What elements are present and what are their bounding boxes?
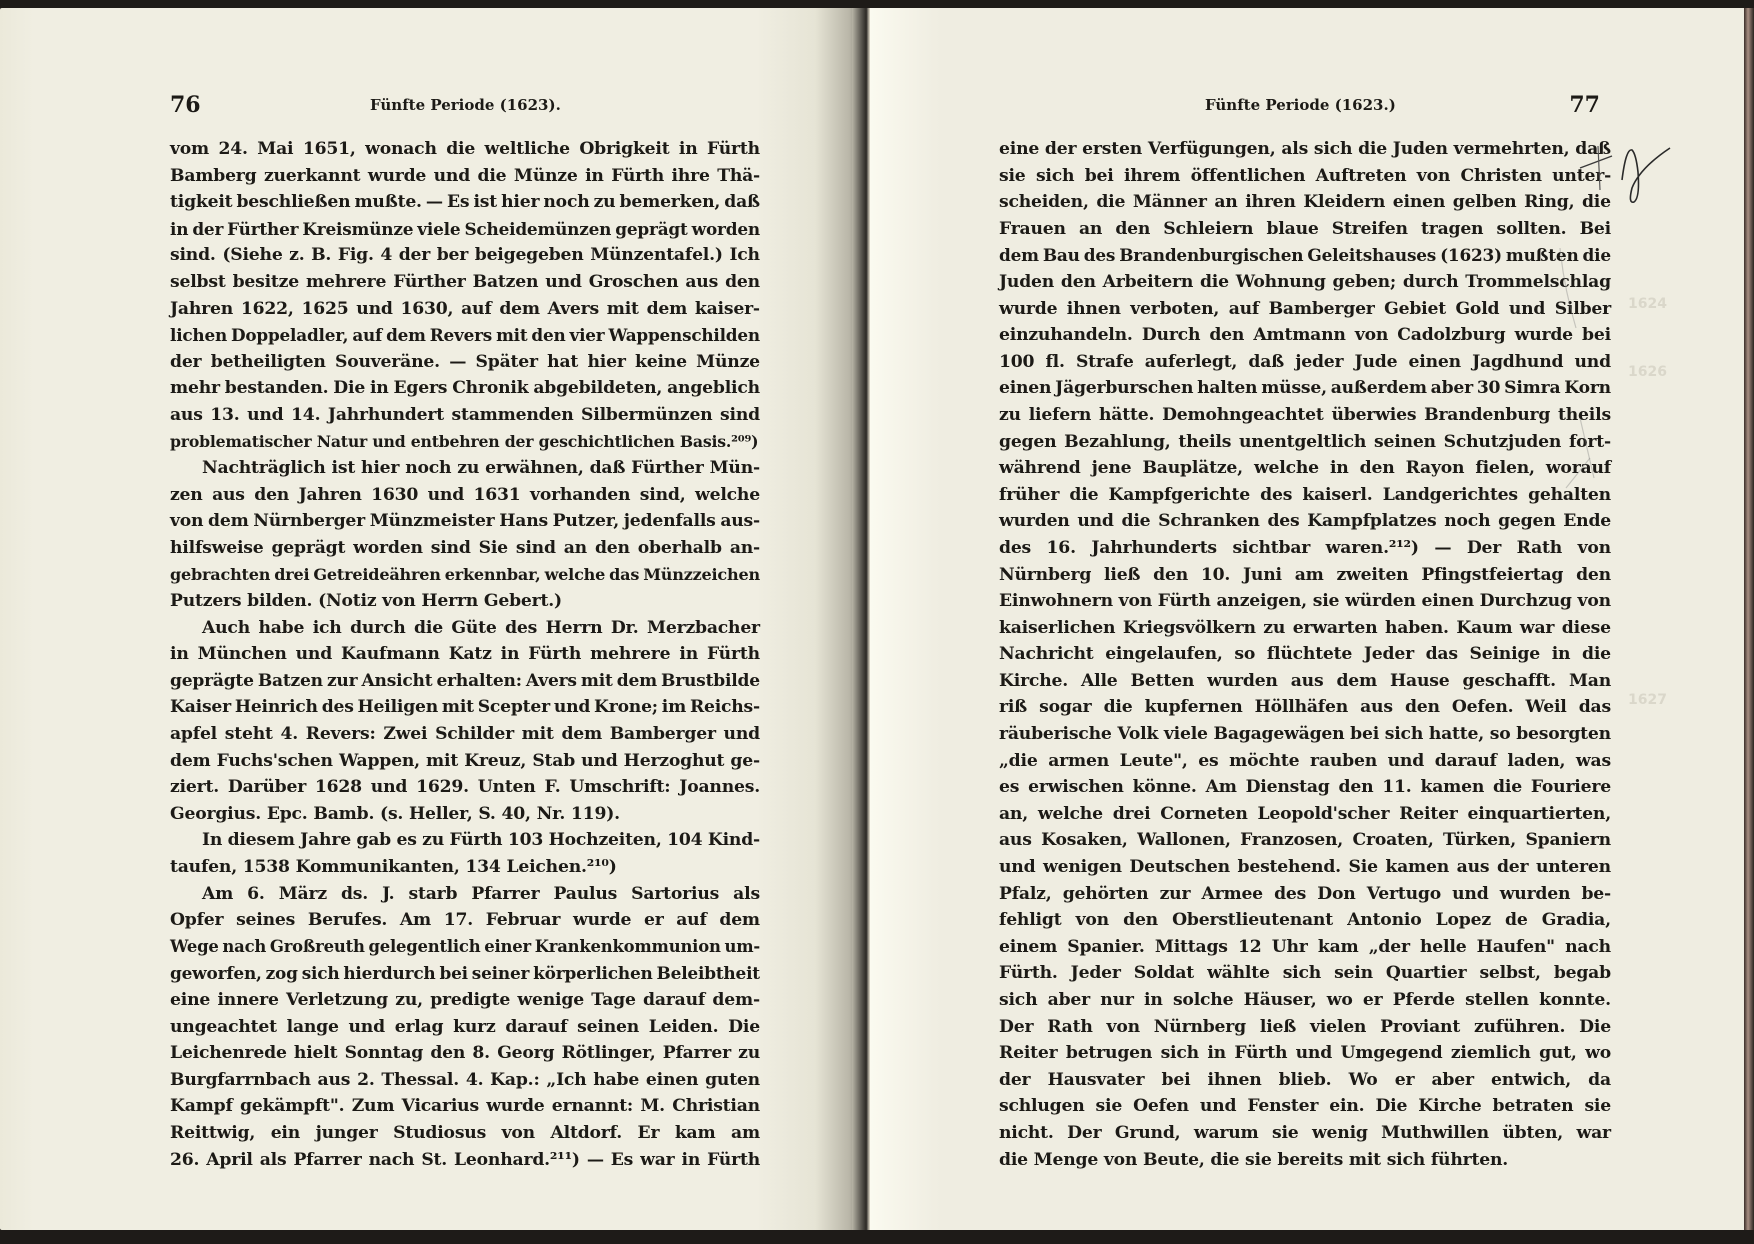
word: den: [430, 1040, 465, 1067]
word: Reiter: [1399, 801, 1457, 828]
word: dem: [208, 508, 249, 535]
word: wenig: [1312, 1120, 1368, 1147]
word: gelegentlich: [368, 934, 480, 961]
bleedthrough-number: 1624: [1628, 296, 1667, 312]
word: den: [1339, 774, 1374, 801]
word: von: [1119, 588, 1152, 615]
word: kaiserl.: [1302, 482, 1372, 509]
word: Quartier: [1386, 960, 1467, 987]
text-line: FrauenandenSchleiernblaueStreifentragens…: [999, 216, 1611, 243]
word: Batzen: [473, 269, 539, 296]
word: und: [371, 774, 407, 801]
word: Nürnberger: [253, 508, 365, 535]
word: Groschen: [589, 269, 679, 296]
word: und: [545, 269, 581, 296]
text-line: IndiesemJahregabeszuFürth103Hochzeiten,1…: [170, 827, 760, 854]
word: Jagdhund: [1472, 349, 1563, 376]
text-line: Jahren1622,1625und1630,aufdemAversmitdem…: [170, 296, 760, 323]
word: des: [1267, 508, 1299, 535]
word: an: [1214, 189, 1237, 216]
word: konnte.: [1539, 987, 1611, 1014]
word: daß: [1575, 136, 1611, 163]
word: Paulus: [554, 881, 618, 908]
word: den: [1360, 455, 1395, 482]
word: 104: [667, 827, 702, 854]
word: am: [1295, 562, 1324, 589]
word: worden: [353, 535, 423, 562]
word: aber: [1048, 987, 1090, 1014]
word: 26.: [170, 1147, 199, 1174]
word: übten,: [1502, 1120, 1563, 1147]
word: vorhanden: [530, 482, 630, 509]
word: Bagagewägen: [1214, 721, 1345, 748]
text-line: währendjeneBauplätze,welcheindenRayonfie…: [999, 455, 1611, 482]
word: in: [170, 216, 188, 243]
word: Man: [1569, 668, 1611, 695]
word: dem: [170, 748, 211, 775]
word: Güte: [451, 615, 496, 642]
word: des: [1084, 242, 1115, 269]
word: Reiter: [999, 1040, 1057, 1067]
word: sollten.: [1496, 216, 1566, 243]
text-line: fehligtvondenOberstlieutenantAntonioLope…: [999, 907, 1611, 934]
word: der: [1497, 854, 1528, 881]
word: be-: [1581, 881, 1611, 908]
word: 100: [999, 349, 1034, 376]
word: geschafft.: [1462, 668, 1555, 695]
text-line: OpferseinesBerufes.Am17.Februarwurdeerau…: [170, 907, 760, 934]
text-line: zuliefernhätte.DemohngeachtetüberwiesBra…: [999, 402, 1611, 429]
text-line: EinwohnernvonFürthanzeigen,siewürdeneine…: [999, 588, 1611, 615]
word: sind,: [640, 482, 686, 509]
word: 1651,: [303, 136, 356, 163]
word: Jahrhundert: [328, 402, 444, 429]
text-line: vondemNürnbergerMünzmeisterHansPutzer,je…: [170, 508, 760, 535]
word: könne.: [1133, 774, 1197, 801]
word: dem: [386, 322, 426, 349]
word: selbst: [170, 269, 226, 296]
word: Am: [1206, 774, 1237, 801]
word: und: [1509, 296, 1545, 323]
text-line: nicht.DerGrund,warumsiewenigMuthwillenüb…: [999, 1120, 1611, 1147]
text-segment: die Menge von Beute, die sie bereits mit…: [999, 1147, 1508, 1174]
word: Don: [1317, 881, 1355, 908]
word: und: [1452, 881, 1488, 908]
word: F.: [544, 774, 560, 801]
text-line: sind.(Siehez.B.Fig.4derberbeigegebenMünz…: [170, 242, 760, 269]
word: hier: [587, 349, 625, 376]
word: Zum: [352, 1093, 395, 1120]
word: Brandenburgischen: [1119, 242, 1303, 269]
word: da: [1588, 1067, 1611, 1094]
text-line: derHausvaterbeiihnenblieb.Woeraberentwic…: [999, 1067, 1611, 1094]
word: worden: [692, 216, 760, 243]
word: zuführen.: [1474, 1014, 1565, 1041]
word: Kreuz,: [464, 748, 526, 775]
word: Spaniern: [1525, 827, 1610, 854]
text-line: ReiterbetrugensichinFürthundUmgegendziem…: [999, 1040, 1611, 1067]
text-line: apfelsteht4.Revers:ZweiSchildermitdemBam…: [170, 721, 760, 748]
word: ds.: [341, 881, 368, 908]
word: aus: [212, 482, 245, 509]
word: als: [733, 881, 760, 908]
word: aus-: [720, 508, 760, 535]
word: Thä-: [717, 163, 760, 190]
word: es: [1198, 748, 1218, 775]
word: Pfarrer: [663, 1040, 731, 1067]
word: in: [501, 641, 520, 668]
word: Hausvater: [1048, 1067, 1145, 1094]
word: J.: [382, 881, 394, 908]
word: nach: [1565, 934, 1611, 961]
word: ziemlich: [1451, 1040, 1531, 1067]
word: sichtbar: [1232, 535, 1310, 562]
word: noch: [405, 455, 451, 482]
word: Bamberg: [170, 163, 256, 190]
word: wurden: [999, 508, 1070, 535]
text-line: die Menge von Beute, die sie bereits mit…: [999, 1147, 1611, 1174]
word: M.: [640, 1093, 665, 1120]
word: vermehrten,: [1454, 136, 1570, 163]
word: ihnen: [1067, 296, 1121, 323]
word: ein.: [1329, 1093, 1364, 1120]
word: dem-: [712, 987, 759, 1014]
right-page-body-text: einedererstenVerfügungen,alssichdieJuden…: [999, 136, 1611, 1173]
word: Kind-: [708, 827, 760, 854]
word: armen: [1048, 748, 1109, 775]
word: Cadolzburg: [1397, 322, 1505, 349]
word: Pfalz,: [999, 881, 1052, 908]
word: einer: [484, 934, 531, 961]
word: Münze: [514, 163, 578, 190]
word: zuerkannt: [264, 163, 360, 190]
text-line: WegenachGroßreuthgelegentlicheinerKranke…: [170, 934, 760, 961]
word: am: [731, 1120, 760, 1147]
word: so: [1234, 641, 1255, 668]
word: seines: [236, 907, 295, 934]
word: auferlegt,: [1145, 349, 1237, 376]
word: ungeachtet: [170, 1014, 277, 1041]
word: ersten: [1082, 136, 1142, 163]
word: Burgfarrnbach: [170, 1067, 311, 1094]
word: öffentlichen: [1191, 163, 1306, 190]
word: als: [1281, 136, 1308, 163]
word: Seinige: [1470, 641, 1540, 668]
word: wenige: [517, 987, 584, 1014]
word: des: [322, 694, 354, 721]
word: Spanier.: [1067, 934, 1144, 961]
word: fielen,: [1475, 455, 1534, 482]
word: liefern: [1029, 402, 1091, 429]
left-page: 76 Fünfte Periode (1623). vom24.Mai1651,…: [0, 8, 858, 1230]
word: beigegeben: [475, 242, 584, 269]
word: ge-: [730, 748, 760, 775]
word: mit: [607, 296, 639, 323]
text-line: taufen, 1538 Kommunikanten, 134 Leichen.…: [170, 854, 760, 881]
word: Corneten: [1160, 801, 1247, 828]
word: Bamberger: [610, 721, 716, 748]
word: die: [1583, 242, 1611, 269]
page-number: 77: [1569, 90, 1600, 120]
word: aber: [1431, 375, 1473, 402]
word: Doppeladler,: [231, 322, 348, 349]
text-line: Putzers bilden. (Notiz von Herrn Gebert.…: [170, 588, 760, 615]
word: 6.: [247, 881, 265, 908]
word: Sonntag: [345, 1040, 424, 1067]
word: sogar: [1039, 694, 1091, 721]
word: Muthwillen: [1381, 1120, 1489, 1147]
word: bestehend.: [1238, 854, 1341, 881]
word: und: [724, 721, 760, 748]
word: „Ich: [546, 1067, 586, 1094]
word: Münzentafel.): [590, 242, 723, 269]
word: einzuhandeln.: [999, 322, 1133, 349]
word: 1628: [315, 774, 362, 801]
word: darauf: [1435, 748, 1497, 775]
word: wurden: [1207, 668, 1278, 695]
word: Später: [476, 349, 538, 376]
word: kamen: [1385, 854, 1449, 881]
word: und: [428, 482, 464, 509]
word: die: [1096, 189, 1125, 216]
word: Stab: [532, 748, 575, 775]
word: theils: [1178, 429, 1231, 456]
word: Dr.: [611, 615, 639, 642]
word: Mittags: [1155, 934, 1228, 961]
word: 10.: [1201, 562, 1230, 589]
word: durch: [350, 615, 406, 642]
word: und: [581, 748, 617, 775]
word: der: [399, 242, 430, 269]
word: Ring,: [1524, 189, 1574, 216]
word: stellen: [1465, 987, 1529, 1014]
word: unentgeltlich: [1239, 429, 1366, 456]
word: 4: [380, 242, 392, 269]
word: hilfsweise: [170, 535, 264, 562]
word: Herzoghut: [624, 748, 725, 775]
word: 4.: [466, 1067, 484, 1094]
word: Heinrich: [235, 694, 318, 721]
word: Mün-: [710, 455, 760, 482]
word: flüchtete: [1267, 641, 1352, 668]
word: aber: [1431, 1067, 1473, 1094]
text-line: Kirche.AlleBettenwurdenausdemHausegescha…: [999, 668, 1611, 695]
word: gegen: [999, 429, 1056, 456]
word: es: [999, 774, 1019, 801]
word: sich: [1283, 960, 1321, 987]
text-line: problematischer Natur und entbehren der …: [170, 429, 760, 456]
word: Leichenrede: [170, 1040, 287, 1067]
word: er: [1363, 987, 1383, 1014]
word: er: [644, 907, 664, 934]
word: in: [1552, 641, 1571, 668]
word: 2.: [357, 1067, 375, 1094]
word: B.: [311, 242, 331, 269]
word: Pferde: [1393, 987, 1455, 1014]
word: Kaum: [1456, 615, 1512, 642]
text-line: LeichenredehieltSonntagden8.GeorgRötling…: [170, 1040, 760, 1067]
word: einen: [1393, 189, 1445, 216]
word: Schleiern: [1163, 216, 1253, 243]
word: Katz: [449, 641, 492, 668]
text-line: geworfen,zogsichhierdurchbeiseinerkörper…: [170, 960, 760, 987]
word: Pfarrer: [293, 1147, 361, 1174]
word: zu: [1263, 615, 1285, 642]
word: aus: [170, 402, 203, 429]
text-line: geprägteBatzenzurAnsichterhalten:Aversmi…: [170, 668, 760, 695]
word: welche: [545, 562, 606, 589]
word: von: [1417, 163, 1450, 190]
word: sind: [720, 402, 760, 429]
word: sein: [1334, 960, 1373, 987]
word: war: [1577, 1120, 1611, 1147]
word: Dienstag: [1246, 774, 1330, 801]
word: München: [198, 641, 287, 668]
word: gab: [356, 827, 391, 854]
text-line: an,welchedreiCornetenLeopold'scherReiter…: [999, 801, 1611, 828]
word: kam: [675, 1120, 716, 1147]
word: Am: [202, 881, 233, 908]
word: 1622,: [241, 296, 294, 323]
word: fl.: [1045, 349, 1064, 376]
word: zu: [738, 1040, 760, 1067]
word: hat: [547, 349, 578, 376]
text-line: Kampfgekämpft".ZumVicariuswurdeernannt:M…: [170, 1093, 760, 1120]
text-line: schlugensieOefenundFensterein.DieKircheb…: [999, 1093, 1611, 1120]
word: bestanden.: [225, 375, 329, 402]
text-line: Nachträglichisthiernochzuerwähnen,daßFür…: [170, 455, 760, 482]
word: —: [426, 189, 443, 216]
word: hier: [361, 455, 399, 482]
text-line: selbstbesitzemehrereFürtherBatzenundGros…: [170, 269, 760, 296]
word: Lopez: [1436, 907, 1491, 934]
text-line: einzuhandeln.DurchdenAmtmannvonCadolzbur…: [999, 322, 1611, 349]
text-line: Nachrichteingelaufen,soflüchteteJederdas…: [999, 641, 1611, 668]
word: 103: [508, 827, 543, 854]
word: —: [587, 1147, 604, 1174]
word: „der: [1369, 934, 1410, 961]
word: sind: [516, 535, 556, 562]
word: halten: [1197, 375, 1257, 402]
word: Gold: [1455, 296, 1499, 323]
word: wo: [1327, 987, 1353, 1014]
word: Opfer: [170, 907, 223, 934]
word: 4.: [280, 721, 298, 748]
word: und: [1388, 748, 1424, 775]
word: Silbermünzen: [581, 402, 712, 429]
word: einquartierten,: [1468, 801, 1611, 828]
word: des: [1274, 881, 1306, 908]
word: welche: [1038, 801, 1103, 828]
word: den: [1405, 694, 1440, 721]
text-line: Nürnbergließden10.JuniamzweitenPfingstfe…: [999, 562, 1611, 589]
word: und: [1296, 1040, 1332, 1067]
word: gekämpft".: [240, 1093, 344, 1120]
word: welche: [695, 482, 760, 509]
word: Schranken: [1158, 508, 1260, 535]
word: welche: [1254, 455, 1319, 482]
word: den: [1209, 322, 1244, 349]
word: die: [1582, 189, 1611, 216]
word: von: [1107, 1014, 1140, 1041]
word: an: [1079, 216, 1102, 243]
word: Souveräne.: [335, 349, 440, 376]
word: Kaufmann: [341, 641, 440, 668]
word: Februar: [486, 907, 561, 934]
word: auf: [676, 907, 706, 934]
word: früher: [999, 482, 1059, 509]
text-line: eserwischenkönne.AmDienstagden11.kamendi…: [999, 774, 1611, 801]
word: steht: [225, 721, 273, 748]
word: 1629.: [416, 774, 469, 801]
word: durch: [1403, 269, 1459, 296]
word: hielt: [294, 1040, 337, 1067]
word: jedenfalls: [624, 508, 716, 535]
word: Altdorf.: [551, 1120, 623, 1147]
word: warum: [1194, 1120, 1259, 1147]
word: ist: [332, 455, 356, 482]
word: Umschrift:: [569, 774, 670, 801]
word: 24.: [219, 136, 248, 163]
bleedthrough-number: 1627: [1628, 692, 1667, 708]
text-line: kaiserlichenKriegsvölkernzuerwartenhaben…: [999, 615, 1611, 642]
word: Alle: [1081, 668, 1118, 695]
word: wurde: [1515, 322, 1573, 349]
word: Christen: [1461, 163, 1542, 190]
word: 8.: [472, 1040, 490, 1067]
word: von: [170, 508, 203, 535]
word: den: [1576, 562, 1611, 589]
word: daß: [590, 455, 626, 482]
word: eingelaufen,: [1105, 641, 1223, 668]
word: in: [679, 136, 698, 163]
word: zur: [327, 668, 357, 695]
word: gebrachten: [170, 562, 270, 589]
word: dem: [1336, 668, 1377, 695]
word: Bezahlung,: [1064, 429, 1170, 456]
word: Croaten,: [1353, 827, 1434, 854]
right-page-header: Fünfte Periode (1623.) 77: [1000, 90, 1600, 120]
word: anzeigen,: [1216, 588, 1307, 615]
text-line: undwenigenDeutschenbestehend.Siekamenaus…: [999, 854, 1611, 881]
word: war: [640, 1147, 674, 1174]
word: Es: [611, 1147, 633, 1174]
word: Vicarius: [402, 1093, 479, 1120]
text-line: 26.AprilalsPfarrernachSt.Leonhard.²¹¹)—E…: [170, 1147, 760, 1174]
word: und: [1200, 1093, 1236, 1120]
word: sich: [302, 960, 340, 987]
word: jeder: [1295, 349, 1343, 376]
word: mit: [442, 694, 474, 721]
word: Fürth: [707, 641, 760, 668]
word: war: [1520, 615, 1554, 642]
word: hier: [501, 189, 539, 216]
word: betraten: [1493, 1093, 1574, 1120]
text-line: derbetheiligtenSouveräne.—Späterhathierk…: [170, 349, 760, 376]
word: zu: [422, 827, 444, 854]
word: Darüber: [228, 774, 306, 801]
word: 30: [1477, 375, 1500, 402]
word: Revers:: [306, 721, 376, 748]
word: er: [1395, 1067, 1415, 1094]
word: mehrere: [306, 269, 386, 296]
word: ernannt:: [552, 1093, 633, 1120]
word: Rötlinger,: [562, 1040, 656, 1067]
word: zu: [457, 455, 479, 482]
word: und: [1574, 349, 1610, 376]
word: kamen: [1420, 774, 1484, 801]
word: in: [1330, 455, 1349, 482]
